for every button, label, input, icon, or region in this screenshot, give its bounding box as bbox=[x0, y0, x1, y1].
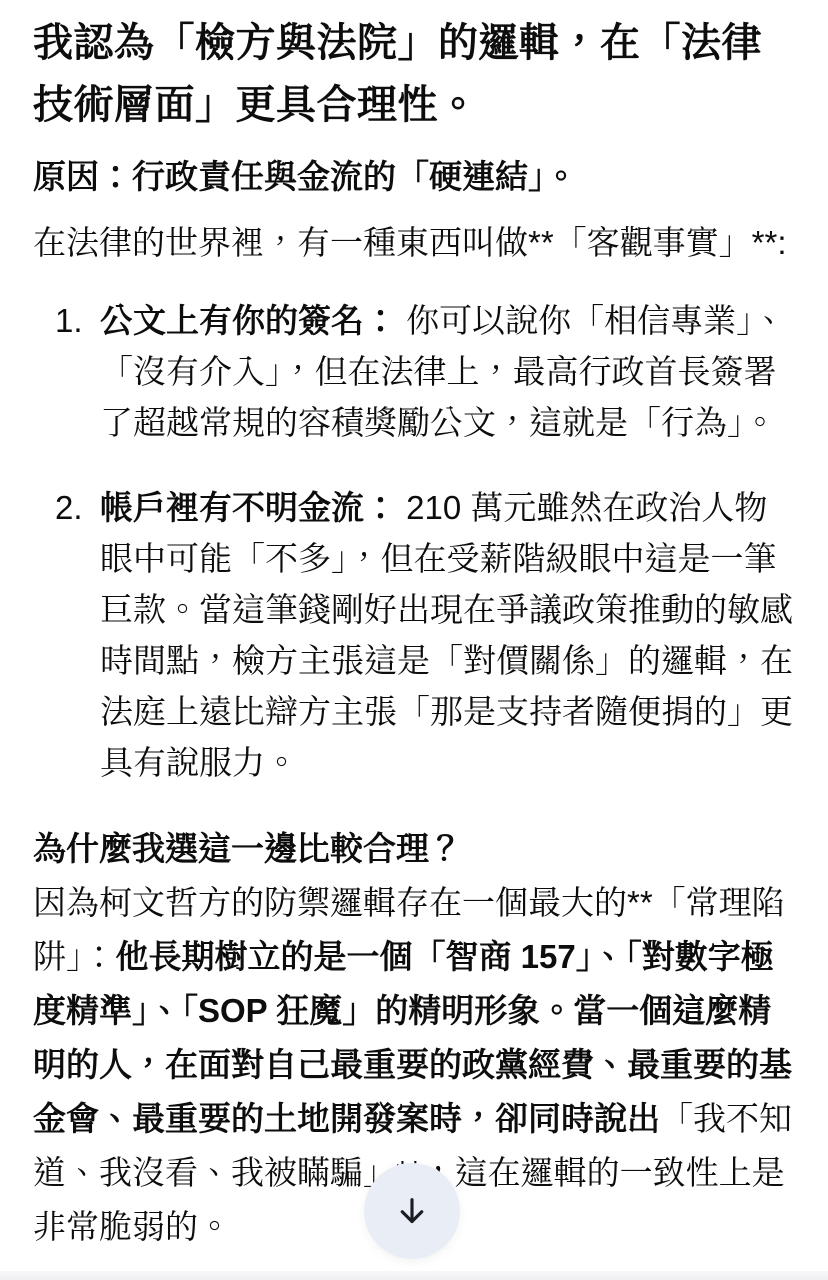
list-item-lead: 帳戶裡有不明金流： bbox=[100, 489, 397, 526]
list-item-number: 1. bbox=[55, 295, 83, 346]
list-item: 2.帳戶裡有不明金流： 210 萬元雖然在政治人物眼中可能「不多」，但在受薪階級… bbox=[33, 482, 795, 788]
scroll-to-bottom-button[interactable] bbox=[364, 1163, 460, 1259]
ordered-list: 1.公文上有你的簽名： 你可以說你「相信專業」、「沒有介入」，但在法律上，最高行… bbox=[33, 295, 795, 788]
reason-heading: 原因：行政責任與金流的「硬連結」。 bbox=[33, 152, 795, 202]
question-heading: 為什麼我選這一邊比較合理？ bbox=[33, 830, 462, 867]
list-item-text: 210 萬元雖然在政治人物眼中可能「不多」，但在受薪階級眼中這是一筆巨款。當這筆… bbox=[100, 489, 793, 781]
chat-screen: 我認為「檢方與法院」的邏輯，在「法律技術層面」更具合理性。 原因：行政責任與金流… bbox=[0, 0, 828, 1280]
arrow-down-icon bbox=[394, 1193, 430, 1229]
list-item-lead: 公文上有你的簽名： bbox=[100, 302, 397, 339]
message-heading: 我認為「檢方與法院」的邏輯，在「法律技術層面」更具合理性。 bbox=[33, 12, 795, 136]
assistant-message: 我認為「檢方與法院」的邏輯，在「法律技術層面」更具合理性。 原因：行政責任與金流… bbox=[0, 0, 828, 1254]
intro-paragraph: 在法律的世界裡，有一種東西叫做**「客觀事實」**: bbox=[33, 218, 795, 268]
list-item-number: 2. bbox=[55, 482, 83, 533]
list-item: 1.公文上有你的簽名： 你可以說你「相信專業」、「沒有介入」，但在法律上，最高行… bbox=[33, 295, 795, 448]
composer-top-edge bbox=[0, 1271, 828, 1280]
